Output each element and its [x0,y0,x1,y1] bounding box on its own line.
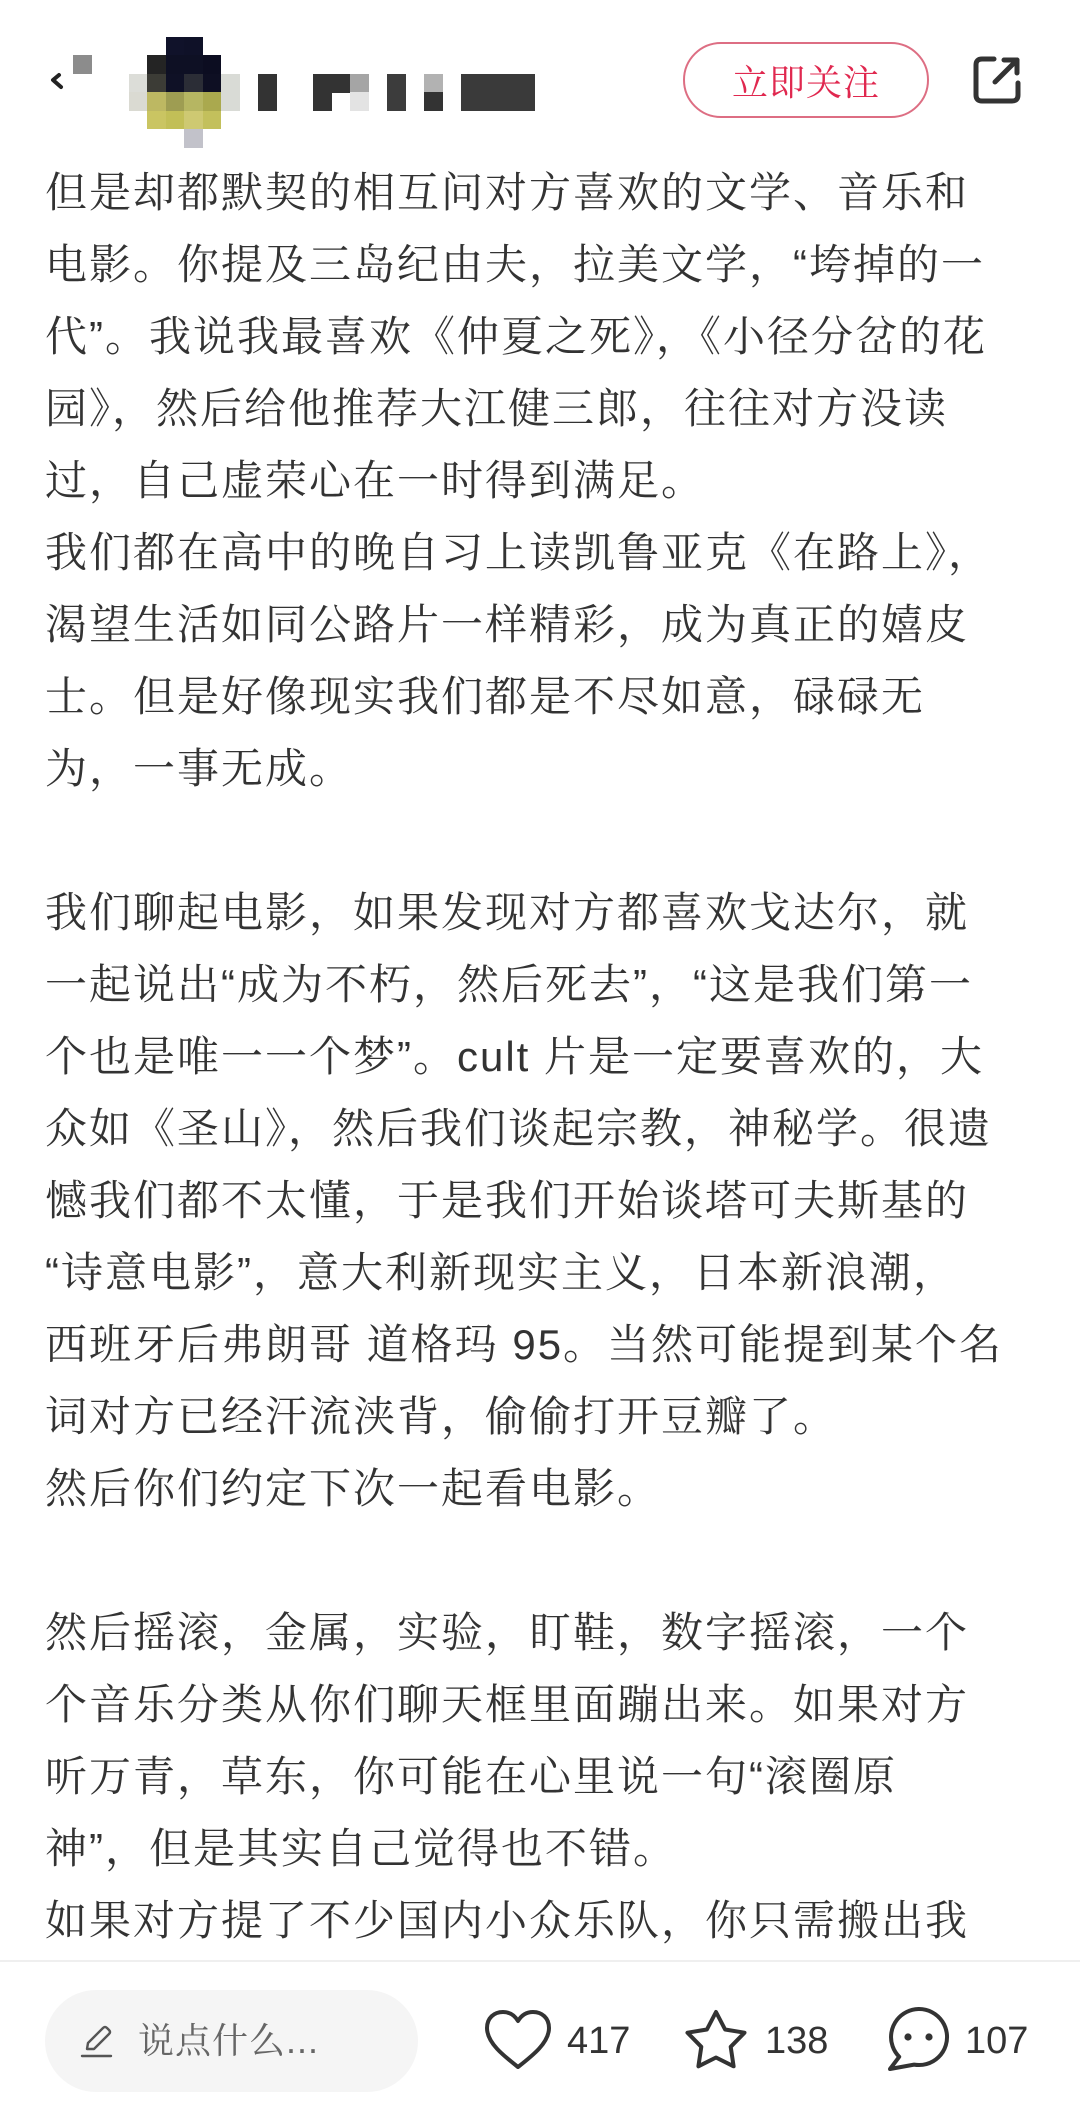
text-line: “诗意电影”，意大利新现实主义，日本新浪潮， [0,1237,1080,1309]
share-button[interactable] [970,53,1026,107]
mosaic-block [166,92,185,111]
mosaic-block [184,37,203,56]
heart-icon [483,2008,553,2072]
mosaic-block [221,74,240,93]
comment-bubble-icon [883,2005,953,2075]
mosaic-block [184,129,203,148]
engagement-bar: 说点什么... 417 138 107 [0,1960,1080,2113]
mosaic-block [424,92,443,111]
text-line: 听万青，草东，你可能在心里说一句“滚圈原 [0,1741,1080,1813]
follow-button-label: 立即关注 [732,55,880,106]
text-line: 如果对方提了不少国内小众乐队，你只需搬出我 [0,1885,1080,1957]
mosaic-block [166,55,185,74]
mosaic-block [147,111,166,130]
mosaic-block [203,111,222,130]
collect-count: 138 [765,1962,828,2113]
mosaic-block [73,55,92,74]
like-count: 417 [567,1962,630,2113]
paragraph: 然后你们约定下次一起看电影。 [0,1453,1080,1525]
note-content[interactable]: 但是却都默契的相互问对方喜欢的文学、音乐和 电影。你提及三岛纪由夫，拉美文学，“… [0,157,1080,1960]
mosaic-block [184,111,203,130]
paragraph: 我们聊起电影，如果发现对方都喜欢戈达尔，就 一起说出“成为不朽，然后死去”，“这… [0,877,1080,1453]
paragraph: 如果对方提了不少国内小众乐队，你只需搬出我 [0,1885,1080,1957]
mosaic-block [184,92,203,111]
text-line: 然后你们约定下次一起看电影。 [0,1453,1080,1525]
mosaic-block [184,55,203,74]
mosaic-block [498,74,517,93]
text-line: 一起说出“成为不朽，然后死去”，“这是我们第一 [0,949,1080,1021]
mosaic-block [129,74,148,93]
text-line: 士。但是好像现实我们都是不尽如意，碌碌无 [0,661,1080,733]
back-button[interactable] [48,64,70,94]
text-line: 我们聊起电影，如果发现对方都喜欢戈达尔，就 [0,877,1080,949]
paragraph: 我们都在高中的晚自习上读凯鲁亚克《在路上》， 渴望生活如同公路片一样精彩，成为真… [0,517,1080,805]
mosaic-block [221,92,240,111]
mosaic-block [461,74,480,93]
mosaic-block [387,74,406,93]
chevron-left-icon [48,64,70,94]
mosaic-block [258,74,277,93]
mosaic-block [203,55,222,74]
text-line: 为，一事无成。 [0,733,1080,805]
text-line: 西班牙后弗朗哥 道格玛 95。当然可能提到某个名 [0,1309,1080,1381]
mosaic-block [498,92,517,111]
mosaic-block [203,74,222,93]
comment-count: 107 [965,1962,1028,2113]
comment-input[interactable]: 说点什么... [45,1990,418,2092]
privacy-mosaic [73,55,92,74]
text-line: 然后摇滚，金属，实验，盯鞋，数字摇滚，一个 [0,1597,1080,1669]
paragraph: 然后摇滚，金属，实验，盯鞋，数字摇滚，一个 个音乐分类从你们聊天框里面蹦出来。如… [0,1597,1080,1885]
mosaic-block [479,74,498,93]
text-line: 电影。你提及三岛纪由夫，拉美文学，“垮掉的一 [0,229,1080,301]
mosaic-block [147,92,166,111]
mosaic-block [258,92,277,111]
mosaic-block [332,74,351,93]
mosaic-block [387,92,406,111]
top-bar: 立即关注 [0,0,1080,157]
text-line: 神”，但是其实自己觉得也不错。 [0,1813,1080,1885]
mosaic-block [166,37,185,56]
text-line: 个也是唯一一个梦”。cult 片是一定要喜欢的，大 [0,1021,1080,1093]
star-icon [681,2007,751,2073]
comment-button[interactable]: 107 [880,1962,1040,2113]
text-line: 憾我们都不太懂，于是我们开始谈塔可夫斯基的 [0,1165,1080,1237]
mosaic-block [147,55,166,74]
collect-button[interactable]: 138 [678,1962,838,2113]
mosaic-block [147,74,166,93]
mosaic-block [313,92,332,111]
mosaic-block [479,92,498,111]
text-line: 众如《圣山》，然后我们谈起宗教，神秘学。很遗 [0,1093,1080,1165]
mosaic-block [166,74,185,93]
share-icon [970,53,1026,107]
mosaic-block [313,74,332,93]
avatar[interactable] [129,37,239,147]
mosaic-block [516,74,535,93]
mosaic-block [461,92,480,111]
mosaic-block [424,74,443,93]
mosaic-block [516,92,535,111]
text-line: 词对方已经汗流浃背，偷偷打开豆瓣了。 [0,1381,1080,1453]
text-line: 渴望生活如同公路片一样精彩，成为真正的嬉皮 [0,589,1080,661]
like-button[interactable]: 417 [480,1962,640,2113]
mosaic-block [129,92,148,111]
text-line: 代”。我说我最喜欢《仲夏之死》，《小径分岔的花 [0,301,1080,373]
blank-line [0,805,1080,877]
blank-line [0,1525,1080,1597]
mosaic-block [350,92,369,111]
text-line: 个音乐分类从你们聊天框里面蹦出来。如果对方 [0,1669,1080,1741]
pencil-icon [80,2025,114,2059]
mosaic-block [166,111,185,130]
text-line: 但是却都默契的相互问对方喜欢的文学、音乐和 [0,157,1080,229]
paragraph: 但是却都默契的相互问对方喜欢的文学、音乐和 电影。你提及三岛纪由夫，拉美文学，“… [0,157,1080,517]
text-line: 园》，然后给他推荐大江健三郎，往往对方没读 [0,373,1080,445]
follow-button[interactable]: 立即关注 [683,42,929,118]
author-name[interactable] [258,74,535,111]
mosaic-block [203,92,222,111]
comment-input-placeholder: 说点什么... [138,1990,319,2092]
mosaic-block [184,74,203,93]
text-line: 过，自己虚荣心在一时得到满足。 [0,445,1080,517]
text-line: 我们都在高中的晚自习上读凯鲁亚克《在路上》， [0,517,1080,589]
mosaic-block [350,74,369,93]
